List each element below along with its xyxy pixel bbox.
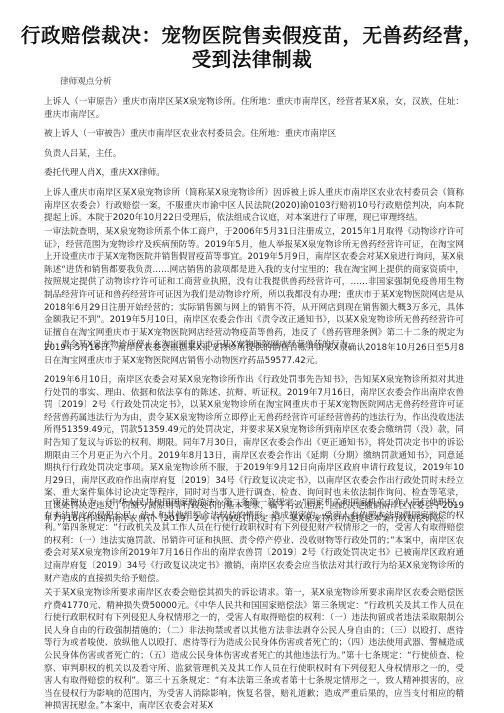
title-line-2: 受到法律制裁 <box>192 48 313 71</box>
paragraph-facts-found: 一审法院查明，某X泉宠物诊所系个体工商户，于2006年5月31日注册成立，201… <box>44 226 464 352</box>
paragraph-agent: 委托代理人肖X，重庆XX律师。 <box>44 167 464 180</box>
paragraph-case-intro: 上诉人重庆市南岸区某X泉宠物诊所（简称某X泉宠物诊所）因诉被上诉人重庆市南岸区农… <box>44 187 464 225</box>
paragraph-sales-record: 2019年5月16日，南岸区农委会根据某X泉宠物诊所提供的销售台账并由某X泉确认… <box>44 342 464 367</box>
document-page: 行政赔偿裁决：宠物医院售卖假疫苗，无兽药经营， 受到法律制裁 律师观点分析 上诉… <box>0 0 504 713</box>
paragraph-appellee: 被上诉人（一审被告）重庆市南岸区农业农村委员会。住所地：重庆市南岸区 <box>44 128 464 141</box>
title-line-1: 行政赔偿裁决：宠物医院售卖假疫苗，无兽药经营， <box>21 24 483 47</box>
paragraph-responsible-person: 负责人吕某，主任。 <box>44 148 464 161</box>
document-title: 行政赔偿裁决：宠物医院售卖假疫苗，无兽药经营， 受到法律制裁 <box>20 24 484 72</box>
paragraph-court-opinion: 一审法院认为，《中华人民共和国国家赔偿法》第二条第一款规定：“国家机关和国家机关… <box>44 497 464 585</box>
paragraph-appellant: 上诉人（一审原告）重庆市南岸区某X泉宠物诊所。住所地：重庆市南岸区，经营者某X泉… <box>44 96 464 121</box>
document-subtitle: 律师观点分析 <box>60 76 112 88</box>
paragraph-claims: 关于某X泉宠物诊所要求南岸区农委会赔偿其损失的诉讼请求。第一，某X泉宠物诊所要求… <box>44 587 464 713</box>
